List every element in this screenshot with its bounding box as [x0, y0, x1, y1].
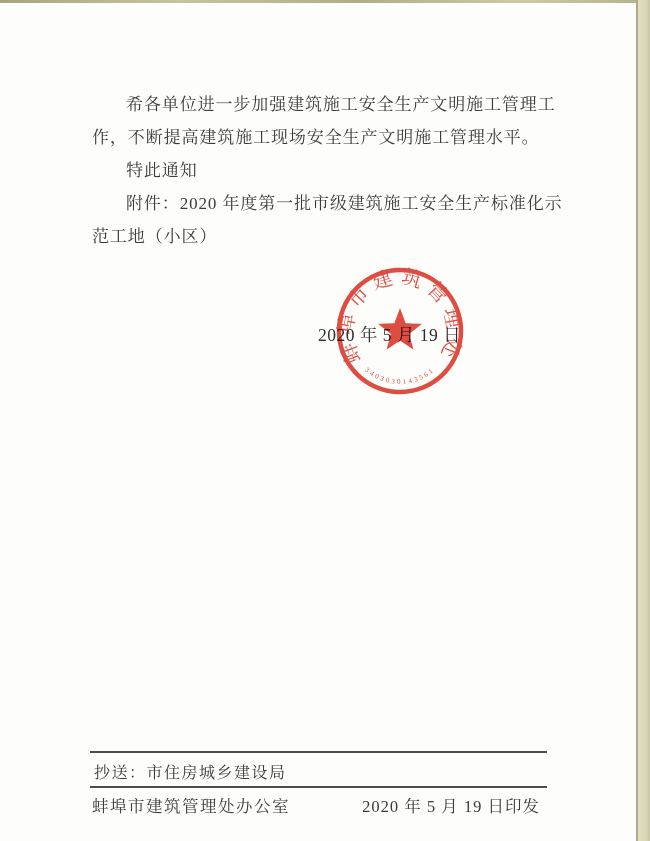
footer-divider-middle	[90, 786, 547, 788]
official-seal: 蚌埠市建筑管理处 3403030143561	[316, 247, 484, 415]
seal-serial-number: 3403030143561	[363, 366, 436, 386]
scan-top-edge	[0, 0, 650, 3]
footer-divider-top	[90, 751, 547, 753]
scanned-document-page: 希各单位进一步加强建筑施工安全生产文明施工管理工 作，不断提高建筑施工现场安全生…	[0, 0, 650, 841]
body-line: 作，不断提高建筑施工现场安全生产文明施工管理水平。	[92, 121, 578, 154]
body-line-attachment: 附件：2020 年度第一批市级建筑施工安全生产标准化示	[92, 187, 578, 220]
body-line: 特此通知	[92, 154, 578, 187]
copy-to-line: 抄送：市住房城乡建设局	[94, 760, 287, 783]
body-line: 希各单位进一步加强建筑施工安全生产文明施工管理工	[92, 88, 578, 121]
issuing-office: 蚌埠市建筑管理处办公室	[92, 793, 290, 817]
print-date: 2020 年 5 月 19 日印发	[362, 793, 540, 817]
star-icon	[378, 308, 422, 350]
scan-right-edge	[636, 0, 650, 841]
notice-body: 希各单位进一步加强建筑施工安全生产文明施工管理工 作，不断提高建筑施工现场安全生…	[92, 88, 578, 253]
